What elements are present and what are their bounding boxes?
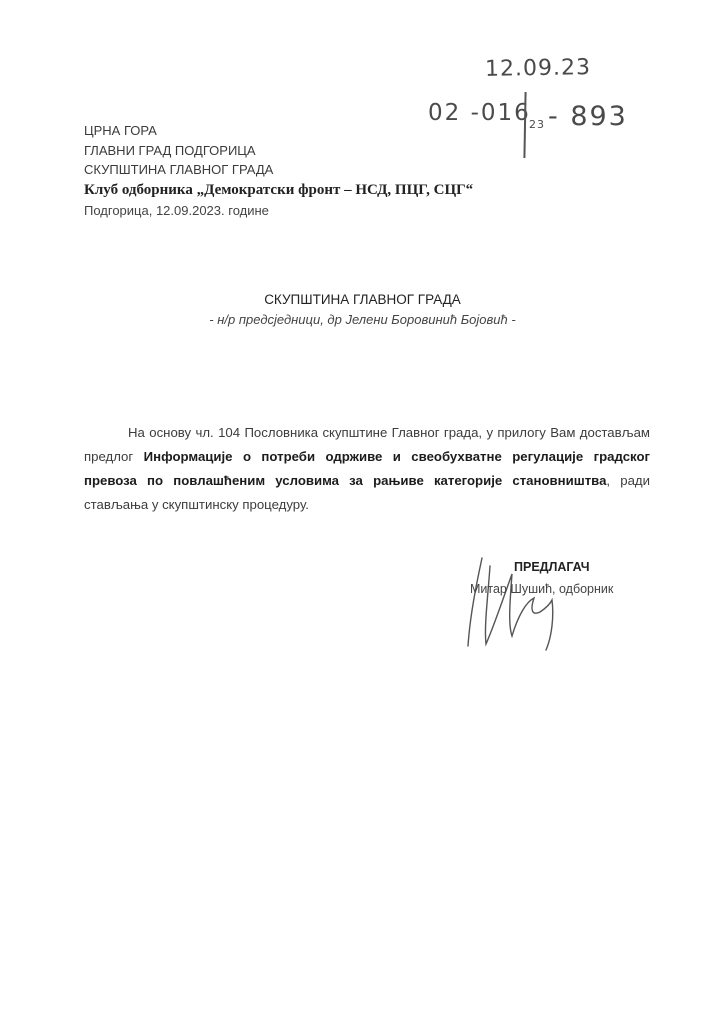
document-page: 12.09.23 02 -016 23 - 893 ЦРНА ГОРА ГЛАВ… — [0, 0, 725, 1024]
header-assembly: СКУПШТИНА ГЛАВНОГ ГРАДА — [84, 160, 544, 180]
addressee-block: СКУПШТИНА ГЛАВНОГ ГРАДА - н/р предсједни… — [0, 290, 725, 330]
letter-body: На основу чл. 104 Пословника скупштине Г… — [84, 421, 650, 517]
header-city: ГЛАВНИ ГРАД ПОДГОРИЦА — [84, 141, 544, 161]
header-country: ЦРНА ГОРА — [84, 121, 544, 141]
header-club: Клуб одборника „Демократски фронт – НСД,… — [84, 180, 544, 201]
signature-name: Митар Шушић, одборник — [470, 582, 613, 596]
addressee-subtitle: - н/р предсједници, др Јелени Боровинић … — [0, 310, 725, 330]
header-place-date: Подгорица, 12.09.2023. године — [84, 201, 544, 221]
letter-header: ЦРНА ГОРА ГЛАВНИ ГРАД ПОДГОРИЦА СКУПШТИН… — [84, 121, 544, 220]
signature-role: ПРЕДЛАГАЧ — [514, 560, 590, 574]
stamp-date: 12.09.23 — [485, 55, 591, 82]
body-text-proposal-title: Информације о потреби одрживе и свеобухв… — [84, 449, 650, 488]
addressee-title: СКУПШТИНА ГЛАВНОГ ГРАДА — [0, 290, 725, 310]
signature-block: ПРЕДЛАГАЧ Митар Шушић, одборник — [470, 560, 670, 670]
stamp-registry-sequence: - 893 — [548, 101, 628, 132]
